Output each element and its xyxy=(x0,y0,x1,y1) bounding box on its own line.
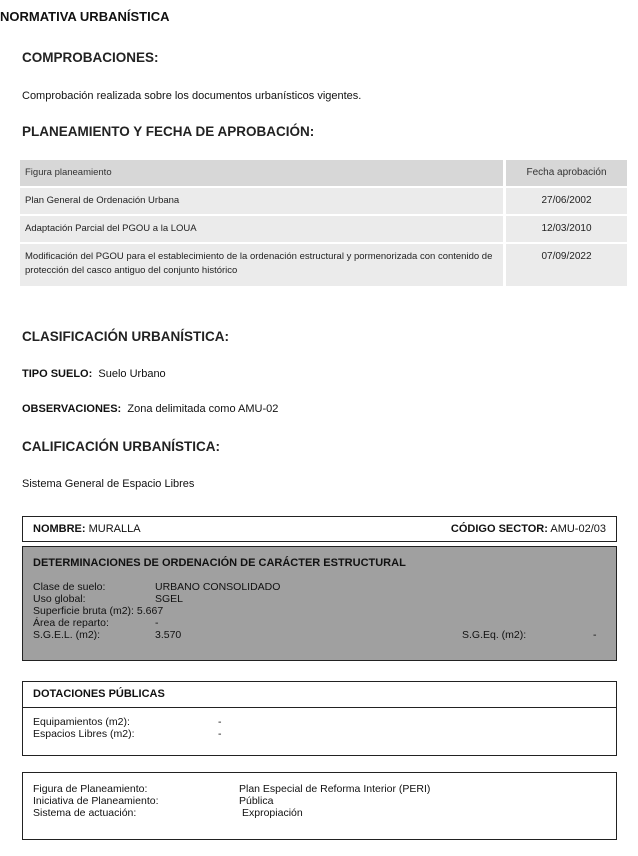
comprobaciones-text: Comprobación realizada sobre los documen… xyxy=(22,90,361,102)
cell-fecha: 27/06/2002 xyxy=(506,188,627,214)
column-header-fecha: Fecha aprobación xyxy=(506,160,627,186)
dotaciones-title: DOTACIONES PÚBLICAS xyxy=(23,682,616,708)
cell-figura: Adaptación Parcial del PGOU a la LOUA xyxy=(20,216,503,242)
superficie-value: 5.667 xyxy=(137,605,163,617)
table-row: Plan General de Ordenación Urbana 27/06/… xyxy=(20,188,627,214)
clase-suelo-value: URBANO CONSOLIDADO xyxy=(155,581,280,593)
equipamientos-row: Equipamientos (m2): - xyxy=(33,716,606,728)
area-reparto-row: Área de reparto: - xyxy=(33,617,606,629)
page-title: NORMATIVA URBANÍSTICA xyxy=(0,9,169,24)
comprobaciones-heading: COMPROBACIONES: xyxy=(22,50,159,65)
figura-planeamiento-row: Figura de Planeamiento: Plan Especial de… xyxy=(33,783,606,795)
superficie-label: Superficie bruta (m2): xyxy=(33,605,134,617)
equipamientos-value: - xyxy=(218,716,222,728)
tipo-suelo: TIPO SUELO: Suelo Urbano xyxy=(22,368,166,380)
sgel-value: 3.570 xyxy=(155,629,181,641)
uso-global-row: Uso global: SGEL xyxy=(33,593,606,605)
equipamientos-label: Equipamientos (m2): xyxy=(33,716,218,728)
iniciativa-value: Pública xyxy=(239,795,273,807)
planeamiento-heading: PLANEAMIENTO Y FECHA DE APROBACIÓN: xyxy=(22,124,314,139)
tipo-suelo-value: Suelo Urbano xyxy=(98,368,165,380)
sgel-label: S.G.E.L. (m2): xyxy=(33,629,155,641)
figura-planeamiento-label: Figura de Planeamiento: xyxy=(33,783,239,795)
tipo-suelo-label: TIPO SUELO: xyxy=(22,368,92,380)
column-header-figura: Figura planeamiento xyxy=(20,160,503,186)
cell-fecha: 12/03/2010 xyxy=(506,216,627,242)
area-reparto-value: - xyxy=(155,617,159,629)
codigo-label: CÓDIGO SECTOR: xyxy=(451,523,548,535)
sgeq-label: S.G.Eq. (m2): xyxy=(462,629,526,641)
cell-figura: Modificación del PGOU para el establecim… xyxy=(20,244,503,286)
superficie-row: Superficie bruta (m2): 5.667 xyxy=(33,605,606,617)
sistema-actuacion-value: Expropiación xyxy=(242,807,303,819)
calificacion-text: Sistema General de Espacio Libres xyxy=(22,478,194,490)
uso-global-label: Uso global: xyxy=(33,593,155,605)
dotaciones-box: DOTACIONES PÚBLICAS Equipamientos (m2): … xyxy=(22,681,617,756)
estructural-title: DETERMINACIONES DE ORDENACIÓN DE CARÁCTE… xyxy=(33,557,606,569)
calificacion-heading: CALIFICACIÓN URBANÍSTICA: xyxy=(22,439,220,454)
nombre: NOMBRE: MURALLA xyxy=(33,523,141,535)
observaciones: OBSERVACIONES: Zona delimitada como AMU-… xyxy=(22,403,278,415)
figura-planeamiento-value: Plan Especial de Reforma Interior (PERI) xyxy=(239,783,430,795)
nombre-value: MURALLA xyxy=(89,523,141,535)
sgeq-value: - xyxy=(593,629,597,641)
estructural-box: DETERMINACIONES DE ORDENACIÓN DE CARÁCTE… xyxy=(22,546,617,661)
table-row: Adaptación Parcial del PGOU a la LOUA 12… xyxy=(20,216,627,242)
uso-global-value: SGEL xyxy=(155,593,183,605)
codigo-value: AMU-02/03 xyxy=(550,523,606,535)
cell-fecha: 07/09/2022 xyxy=(506,244,627,286)
table-header-row: Figura planeamiento Fecha aprobación xyxy=(20,160,627,186)
espacios-libres-value: - xyxy=(218,728,222,740)
area-reparto-label: Área de reparto: xyxy=(33,617,155,629)
clase-suelo-row: Clase de suelo: URBANO CONSOLIDADO xyxy=(33,581,606,593)
clasificacion-heading: CLASIFICACIÓN URBANÍSTICA: xyxy=(22,329,229,344)
espacios-libres-label: Espacios Libres (m2): xyxy=(33,728,218,740)
codigo-sector: CÓDIGO SECTOR: AMU-02/03 xyxy=(451,523,606,535)
sistema-actuacion-row: Sistema de actuación: Expropiación xyxy=(33,807,606,819)
cell-figura: Plan General de Ordenación Urbana xyxy=(20,188,503,214)
sgel-row: S.G.E.L. (m2): 3.570 S.G.Eq. (m2): - xyxy=(33,629,606,641)
iniciativa-label: Iniciativa de Planeamiento: xyxy=(33,795,239,807)
sistema-actuacion-label: Sistema de actuación: xyxy=(33,807,239,819)
observaciones-value: Zona delimitada como AMU-02 xyxy=(127,403,278,415)
espacios-libres-row: Espacios Libres (m2): - xyxy=(33,728,606,740)
clase-suelo-label: Clase de suelo: xyxy=(33,581,155,593)
planeamiento-table: Figura planeamiento Fecha aprobación Pla… xyxy=(20,160,627,288)
ficha-name-box: NOMBRE: MURALLA CÓDIGO SECTOR: AMU-02/03 xyxy=(22,516,617,542)
iniciativa-row: Iniciativa de Planeamiento: Pública xyxy=(33,795,606,807)
nombre-label: NOMBRE: xyxy=(33,523,86,535)
observaciones-label: OBSERVACIONES: xyxy=(22,403,121,415)
gestion-box: Figura de Planeamiento: Plan Especial de… xyxy=(22,772,617,840)
table-row: Modificación del PGOU para el establecim… xyxy=(20,244,627,286)
